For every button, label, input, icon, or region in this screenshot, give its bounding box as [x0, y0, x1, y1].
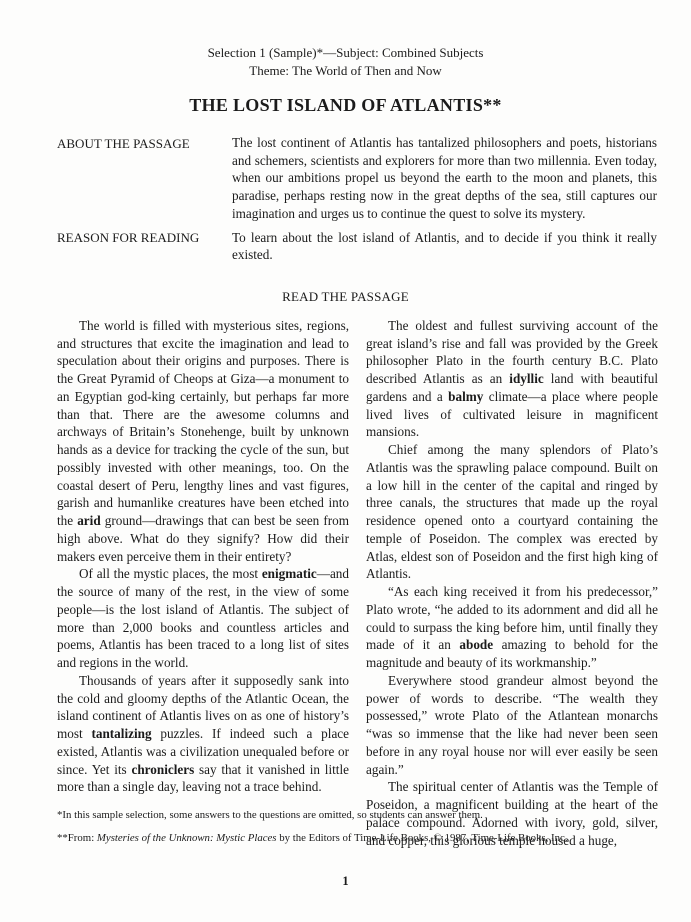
- passage-paragraph: Chief among the many splendors of Plato’…: [366, 441, 658, 583]
- passage-paragraph: The world is filled with mysterious site…: [57, 317, 349, 566]
- page-title: THE LOST ISLAND OF ATLANTIS**: [0, 95, 691, 116]
- passage-left-column: The world is filled with mysterious site…: [57, 317, 349, 850]
- footnote: **From: Mysteries of the Unknown: Mystic…: [57, 831, 658, 845]
- theme-line: Theme: The World of Then and Now: [0, 62, 691, 80]
- passage-paragraph: Of all the mystic places, the most enigm…: [57, 565, 349, 672]
- footnotes: *In this sample selection, some answers …: [57, 808, 658, 845]
- passage-paragraph: The oldest and fullest surviving account…: [366, 317, 658, 441]
- passage-paragraph: Everywhere stood grandeur almost beyond …: [366, 672, 658, 779]
- document-page: Selection 1 (Sample)*—Subject: Combined …: [0, 0, 691, 922]
- passage-right-column: The oldest and fullest surviving account…: [366, 317, 658, 850]
- about-the-passage-section: ABOUT THE PASSAGE The lost continent of …: [57, 134, 657, 223]
- reason-for-reading-text: To learn about the lost island of Atlant…: [232, 229, 657, 264]
- about-the-passage-text: The lost continent of Atlantis has tanta…: [232, 134, 657, 223]
- reason-for-reading-section: REASON FOR READING To learn about the lo…: [57, 229, 657, 264]
- passage-columns: The world is filled with mysterious site…: [57, 317, 658, 850]
- footnote: *In this sample selection, some answers …: [57, 808, 658, 822]
- passage-paragraph: Thousands of years after it supposedly s…: [57, 672, 349, 796]
- about-the-passage-label: ABOUT THE PASSAGE: [57, 134, 232, 223]
- page-number: 1: [0, 874, 691, 889]
- reason-for-reading-label: REASON FOR READING: [57, 229, 232, 264]
- selection-line: Selection 1 (Sample)*—Subject: Combined …: [0, 44, 691, 62]
- passage-paragraph: “As each king received it from his prede…: [366, 583, 658, 672]
- read-the-passage-heading: READ THE PASSAGE: [0, 289, 691, 305]
- document-header: Selection 1 (Sample)*—Subject: Combined …: [0, 0, 691, 116]
